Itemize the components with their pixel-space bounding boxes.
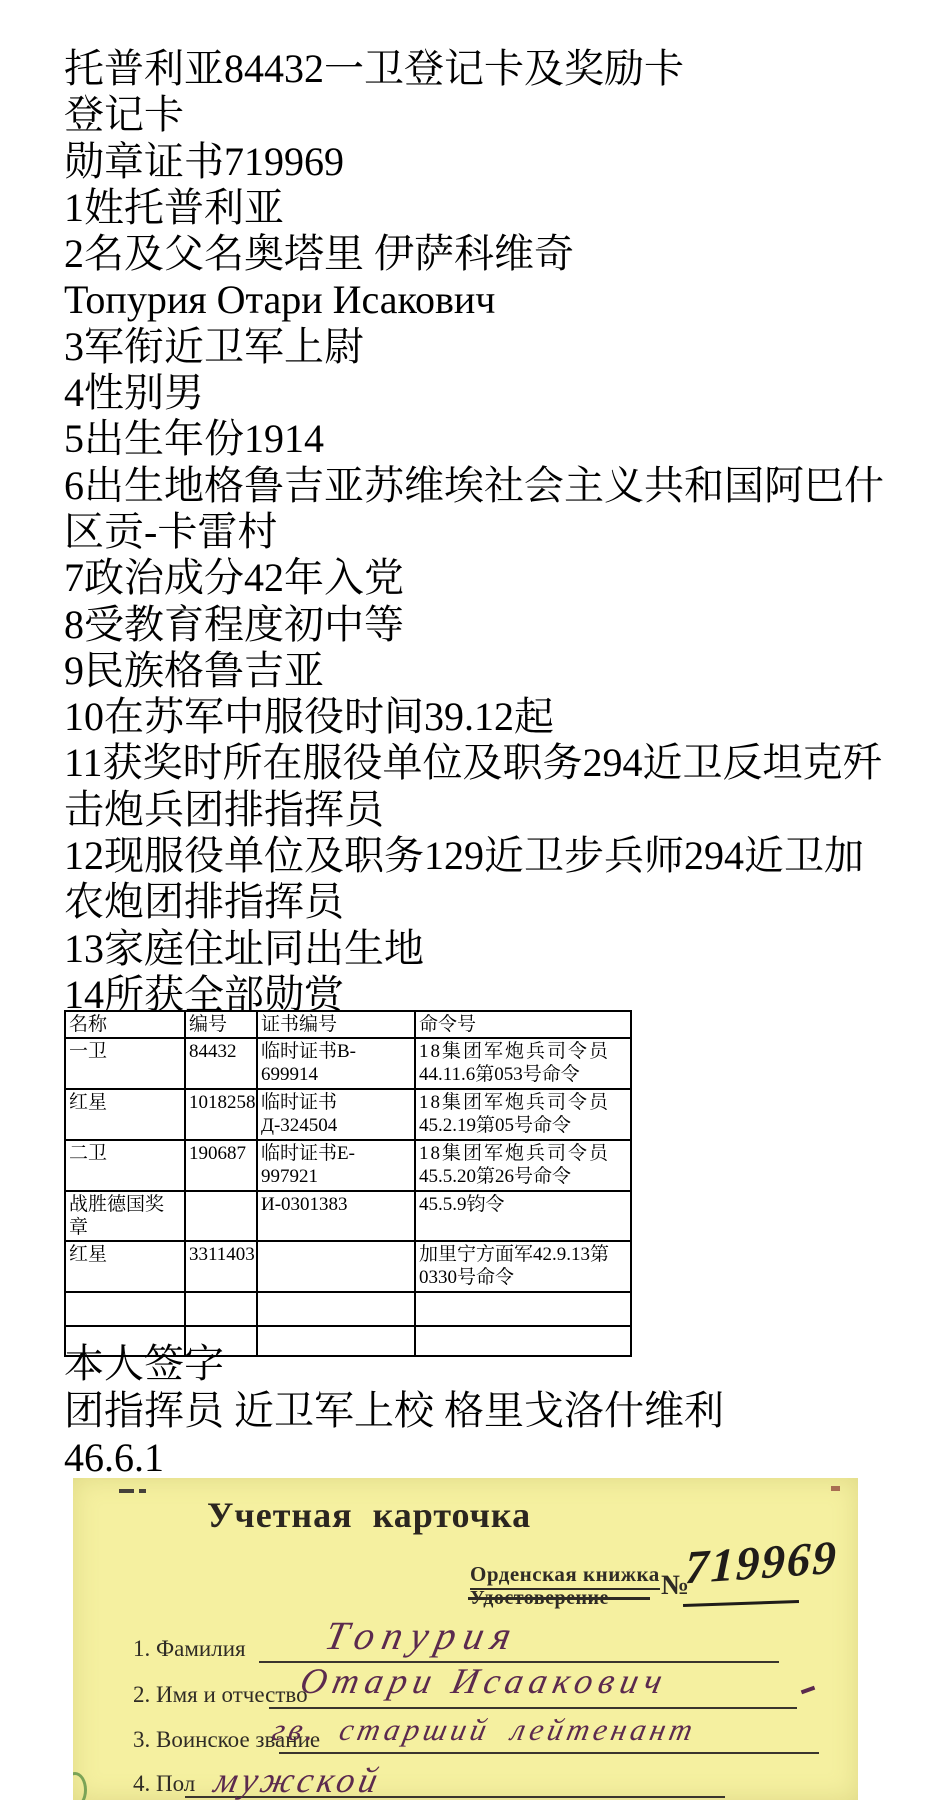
doc-line: 12现服役单位及职务129近卫步兵师294近卫加 (64, 833, 884, 879)
signature-line: 团指挥员 近卫军上校 格里戈洛什维利 (64, 1387, 724, 1434)
scan-dash-mark (119, 1489, 134, 1493)
cell-order: 加里宁方面军42.9.13第0330号命令 (415, 1241, 631, 1292)
handwritten-surname: Топурия (321, 1612, 524, 1659)
handwritten-card-number: 719969 (684, 1531, 839, 1596)
doc-line: 击炮兵团排指挥员 (64, 787, 884, 833)
doc-line: 5出生年份1914 (64, 416, 884, 462)
doc-line-russian-name: Топурия Отари Исакович (64, 277, 884, 323)
handwritten-sex: мужской (211, 1759, 386, 1800)
number-underline (683, 1600, 799, 1607)
field-rule-line (279, 1752, 819, 1754)
doc-line: 托普利亚84432一卫登记卡及奖励卡 (64, 46, 884, 92)
doc-line: 10在苏军中服役时间39.12起 (64, 694, 884, 740)
cell-number (185, 1191, 257, 1241)
table-row: 一卫 84432 临时证书B-699914 18集团军炮兵司令员44.11.6第… (65, 1038, 631, 1089)
doc-line: 11获奖时所在服役单位及职务294近卫反坦克歼 (64, 740, 884, 786)
doc-line: 3军衔近卫军上尉 (64, 324, 884, 370)
cell-number: 190687 (185, 1140, 257, 1191)
order-line: 45.2.19第05号命令 (419, 1115, 571, 1136)
order-line: 44.11.6第053号命令 (419, 1064, 580, 1085)
cell-name: 二卫 (65, 1140, 185, 1191)
handwritten-name-patronymic: Отари Исаакович (297, 1660, 673, 1702)
table-row: 战胜德国奖章 И-0301383 45.5.9钧令 (65, 1191, 631, 1241)
doc-line: 9民族格鲁吉亚 (64, 648, 884, 694)
order-line: 45.5.20第26号命令 (419, 1166, 571, 1187)
table-row: 二卫 190687 临时证书E-997921 18集团军炮兵司令员45.5.20… (65, 1140, 631, 1191)
cell-certificate (257, 1241, 415, 1292)
header-name: 名称 (65, 1011, 185, 1038)
order-line: 18集团军炮兵司令员 (419, 1041, 610, 1062)
scan-dash-mark (139, 1489, 146, 1493)
signature-block: 本人签字 团指挥员 近卫军上校 格里戈洛什维利 46.6.1 (64, 1340, 724, 1481)
table-row: 红星 3311403 加里宁方面军42.9.13第0330号命令 (65, 1241, 631, 1292)
signature-line: 本人签字 (64, 1340, 724, 1387)
cell-name: 红星 (65, 1089, 185, 1140)
field-rule-line (269, 1707, 797, 1709)
doc-line: 6出生地格鲁吉亚苏维埃社会主义共和国阿巴什 (64, 463, 884, 509)
green-stamp-fragment (73, 1772, 87, 1800)
handwritten-military-rank: гв. старший лейтенант (269, 1712, 700, 1748)
order-line: 18集团军炮兵司令员 (419, 1092, 610, 1113)
order-book-label: Орденская книжка (470, 1562, 660, 1590)
doc-line: 区贡-卡雷村 (64, 509, 884, 555)
cell-order: 18集团军炮兵司令员44.11.6第053号命令 (415, 1038, 631, 1089)
cell-certificate: И-0301383 (257, 1191, 415, 1241)
doc-line: 1姓托普利亚 (64, 185, 884, 231)
cell-number: 1018258 (185, 1089, 257, 1140)
cell-name: 一卫 (65, 1038, 185, 1089)
cell-order: 18集团军炮兵司令员45.5.20第26号命令 (415, 1140, 631, 1191)
doc-line: 农炮团排指挥员 (64, 879, 884, 925)
doc-line: 勋章证书719969 (64, 139, 884, 185)
cell-number: 84432 (185, 1038, 257, 1089)
ink-stray-mark (801, 1686, 816, 1695)
order-line: 45.5.9钧令 (419, 1194, 505, 1215)
cell-certificate: 临时证书Д-324504 (257, 1089, 415, 1140)
doc-line: 7政治成分42年入党 (64, 555, 884, 601)
doc-line: 8受教育程度初中等 (64, 602, 884, 648)
doc-line: 13家庭住址同出生地 (64, 926, 884, 972)
order-line: 加里宁方面军42.9.13第 (419, 1244, 609, 1265)
field-label-sex: 4. Пол (133, 1771, 195, 1797)
scanned-card-image: Учетная карточка Орденская книжка Удосто… (73, 1478, 858, 1800)
cell-order: 18集团军炮兵司令员45.2.19第05号命令 (415, 1089, 631, 1140)
field-label-name-patronymic: 2. Имя и отчество (133, 1682, 308, 1708)
doc-line: 2名及父名奥塔里 伊萨科维奇 (64, 231, 884, 277)
cell-name: 红星 (65, 1241, 185, 1292)
table-row-empty (65, 1292, 631, 1326)
awards-table: 名称 编号 证书编号 命令号 一卫 84432 临时证书B-699914 18集… (64, 1010, 632, 1357)
cell-certificate: 临时证书E-997921 (257, 1140, 415, 1191)
card-title: Учетная карточка (207, 1494, 531, 1536)
cell-order: 45.5.9钧令 (415, 1191, 631, 1241)
table-header-row: 名称 编号 证书编号 命令号 (65, 1011, 631, 1038)
doc-line: 登记卡 (64, 92, 884, 138)
strikethrough-line (468, 1597, 650, 1600)
table-row: 红星 1018258 临时证书Д-324504 18集团军炮兵司令员45.2.1… (65, 1089, 631, 1140)
header-order: 命令号 (415, 1011, 631, 1038)
translated-text-block: 托普利亚84432一卫登记卡及奖励卡 登记卡 勋章证书719969 1姓托普利亚… (64, 46, 884, 1018)
doc-line: 4性别男 (64, 370, 884, 416)
header-certificate: 证书编号 (257, 1011, 415, 1038)
header-number: 编号 (185, 1011, 257, 1038)
order-line: 0330号命令 (419, 1267, 514, 1288)
cell-certificate: 临时证书B-699914 (257, 1038, 415, 1089)
signature-line: 46.6.1 (64, 1434, 724, 1481)
scan-dash-mark (831, 1486, 840, 1491)
order-line: 18集团军炮兵司令员 (419, 1143, 610, 1164)
cell-number: 3311403 (185, 1241, 257, 1292)
field-label-surname: 1. Фамилия (133, 1636, 246, 1662)
cell-name: 战胜德国奖章 (65, 1191, 185, 1241)
